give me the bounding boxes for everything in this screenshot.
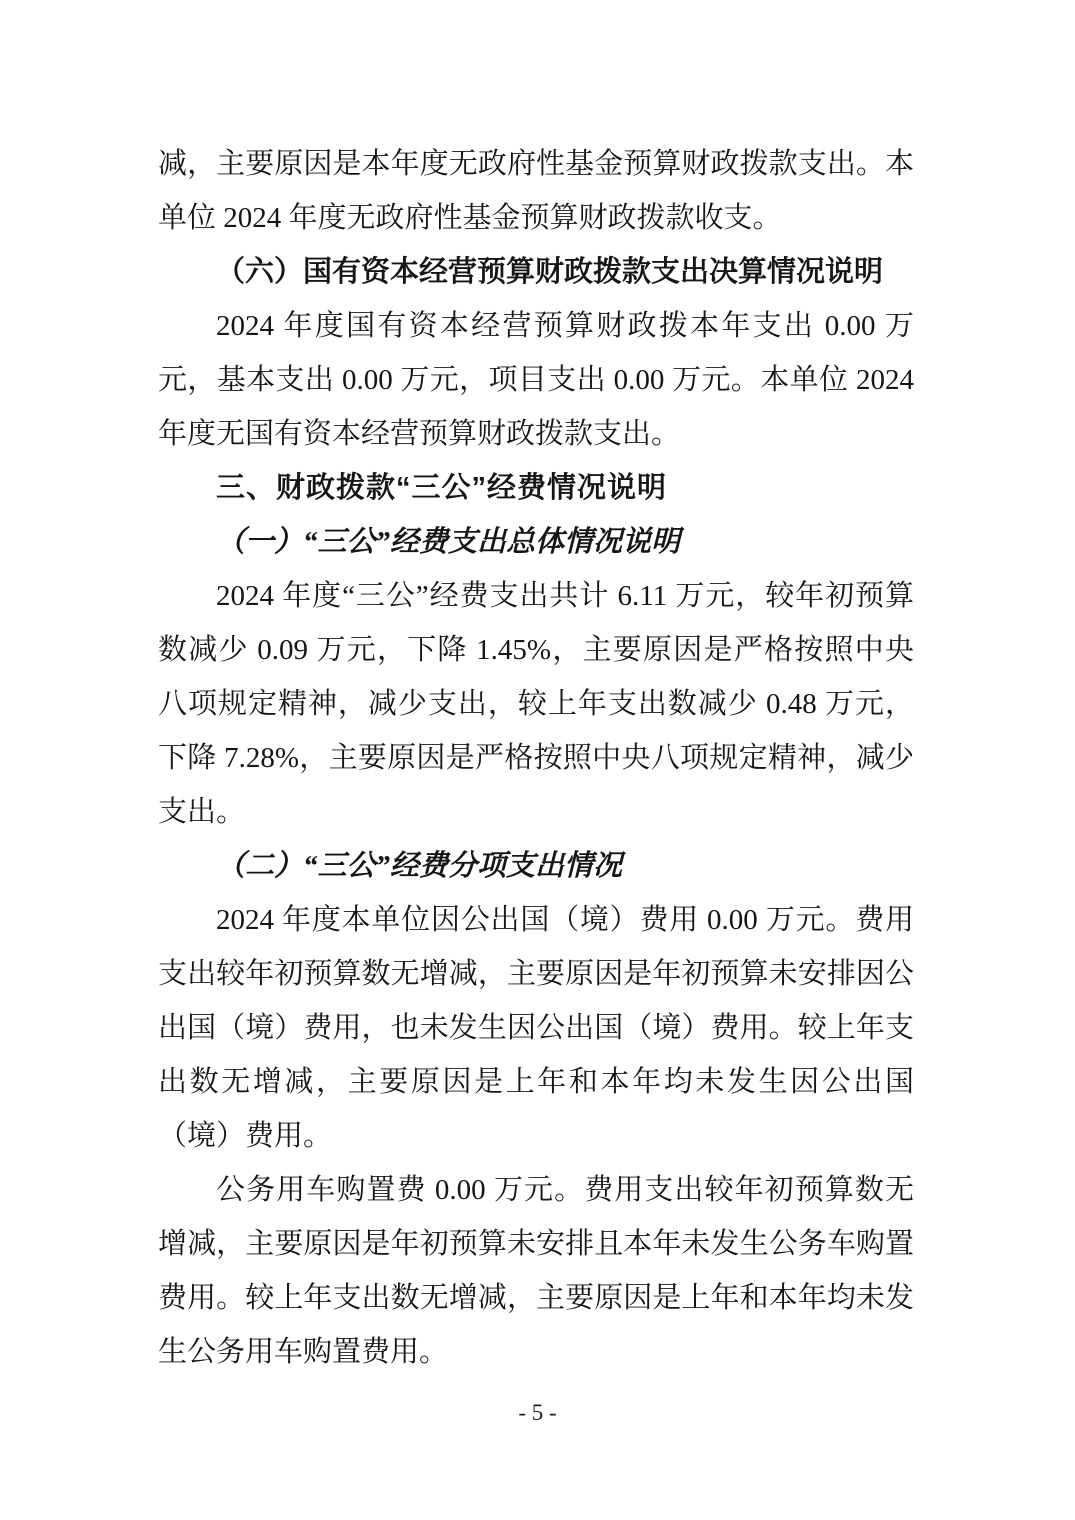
paragraph: 2024 年度国有资本经营预算财政拨本年支出 0.00 万元，基本支出 0.00… — [158, 299, 914, 461]
paragraph: 公务用车购置费 0.00 万元。费用支出较年初预算数无增减，主要原因是年初预算未… — [158, 1163, 914, 1379]
paragraph-continuation: 减，主要原因是本年度无政府性基金预算财政拨款支出。本单位 2024 年度无政府性… — [158, 137, 914, 245]
heading-sub-2: （二）“三公”经费分项支出情况 — [158, 839, 914, 893]
document-page: { "doc": { "footer": { "page_number": "-… — [0, 0, 1075, 1520]
text-area: 减，主要原因是本年度无政府性基金预算财政拨款支出。本单位 2024 年度无政府性… — [158, 137, 914, 1379]
paragraph: 2024 年度“三公”经费支出共计 6.11 万元，较年初预算数减少 0.09 … — [158, 569, 914, 839]
heading-sub-1: （一）“三公”经费支出总体情况说明 — [158, 515, 914, 569]
heading-part-3: 三、财政拨款“三公”经费情况说明 — [158, 461, 914, 515]
heading-section-6: （六）国有资本经营预算财政拨款支出决算情况说明 — [158, 245, 914, 299]
paragraph: 2024 年度本单位因公出国（境）费用 0.00 万元。费用支出较年初预算数无增… — [158, 893, 914, 1163]
page-number: - 5 - — [0, 1398, 1075, 1428]
